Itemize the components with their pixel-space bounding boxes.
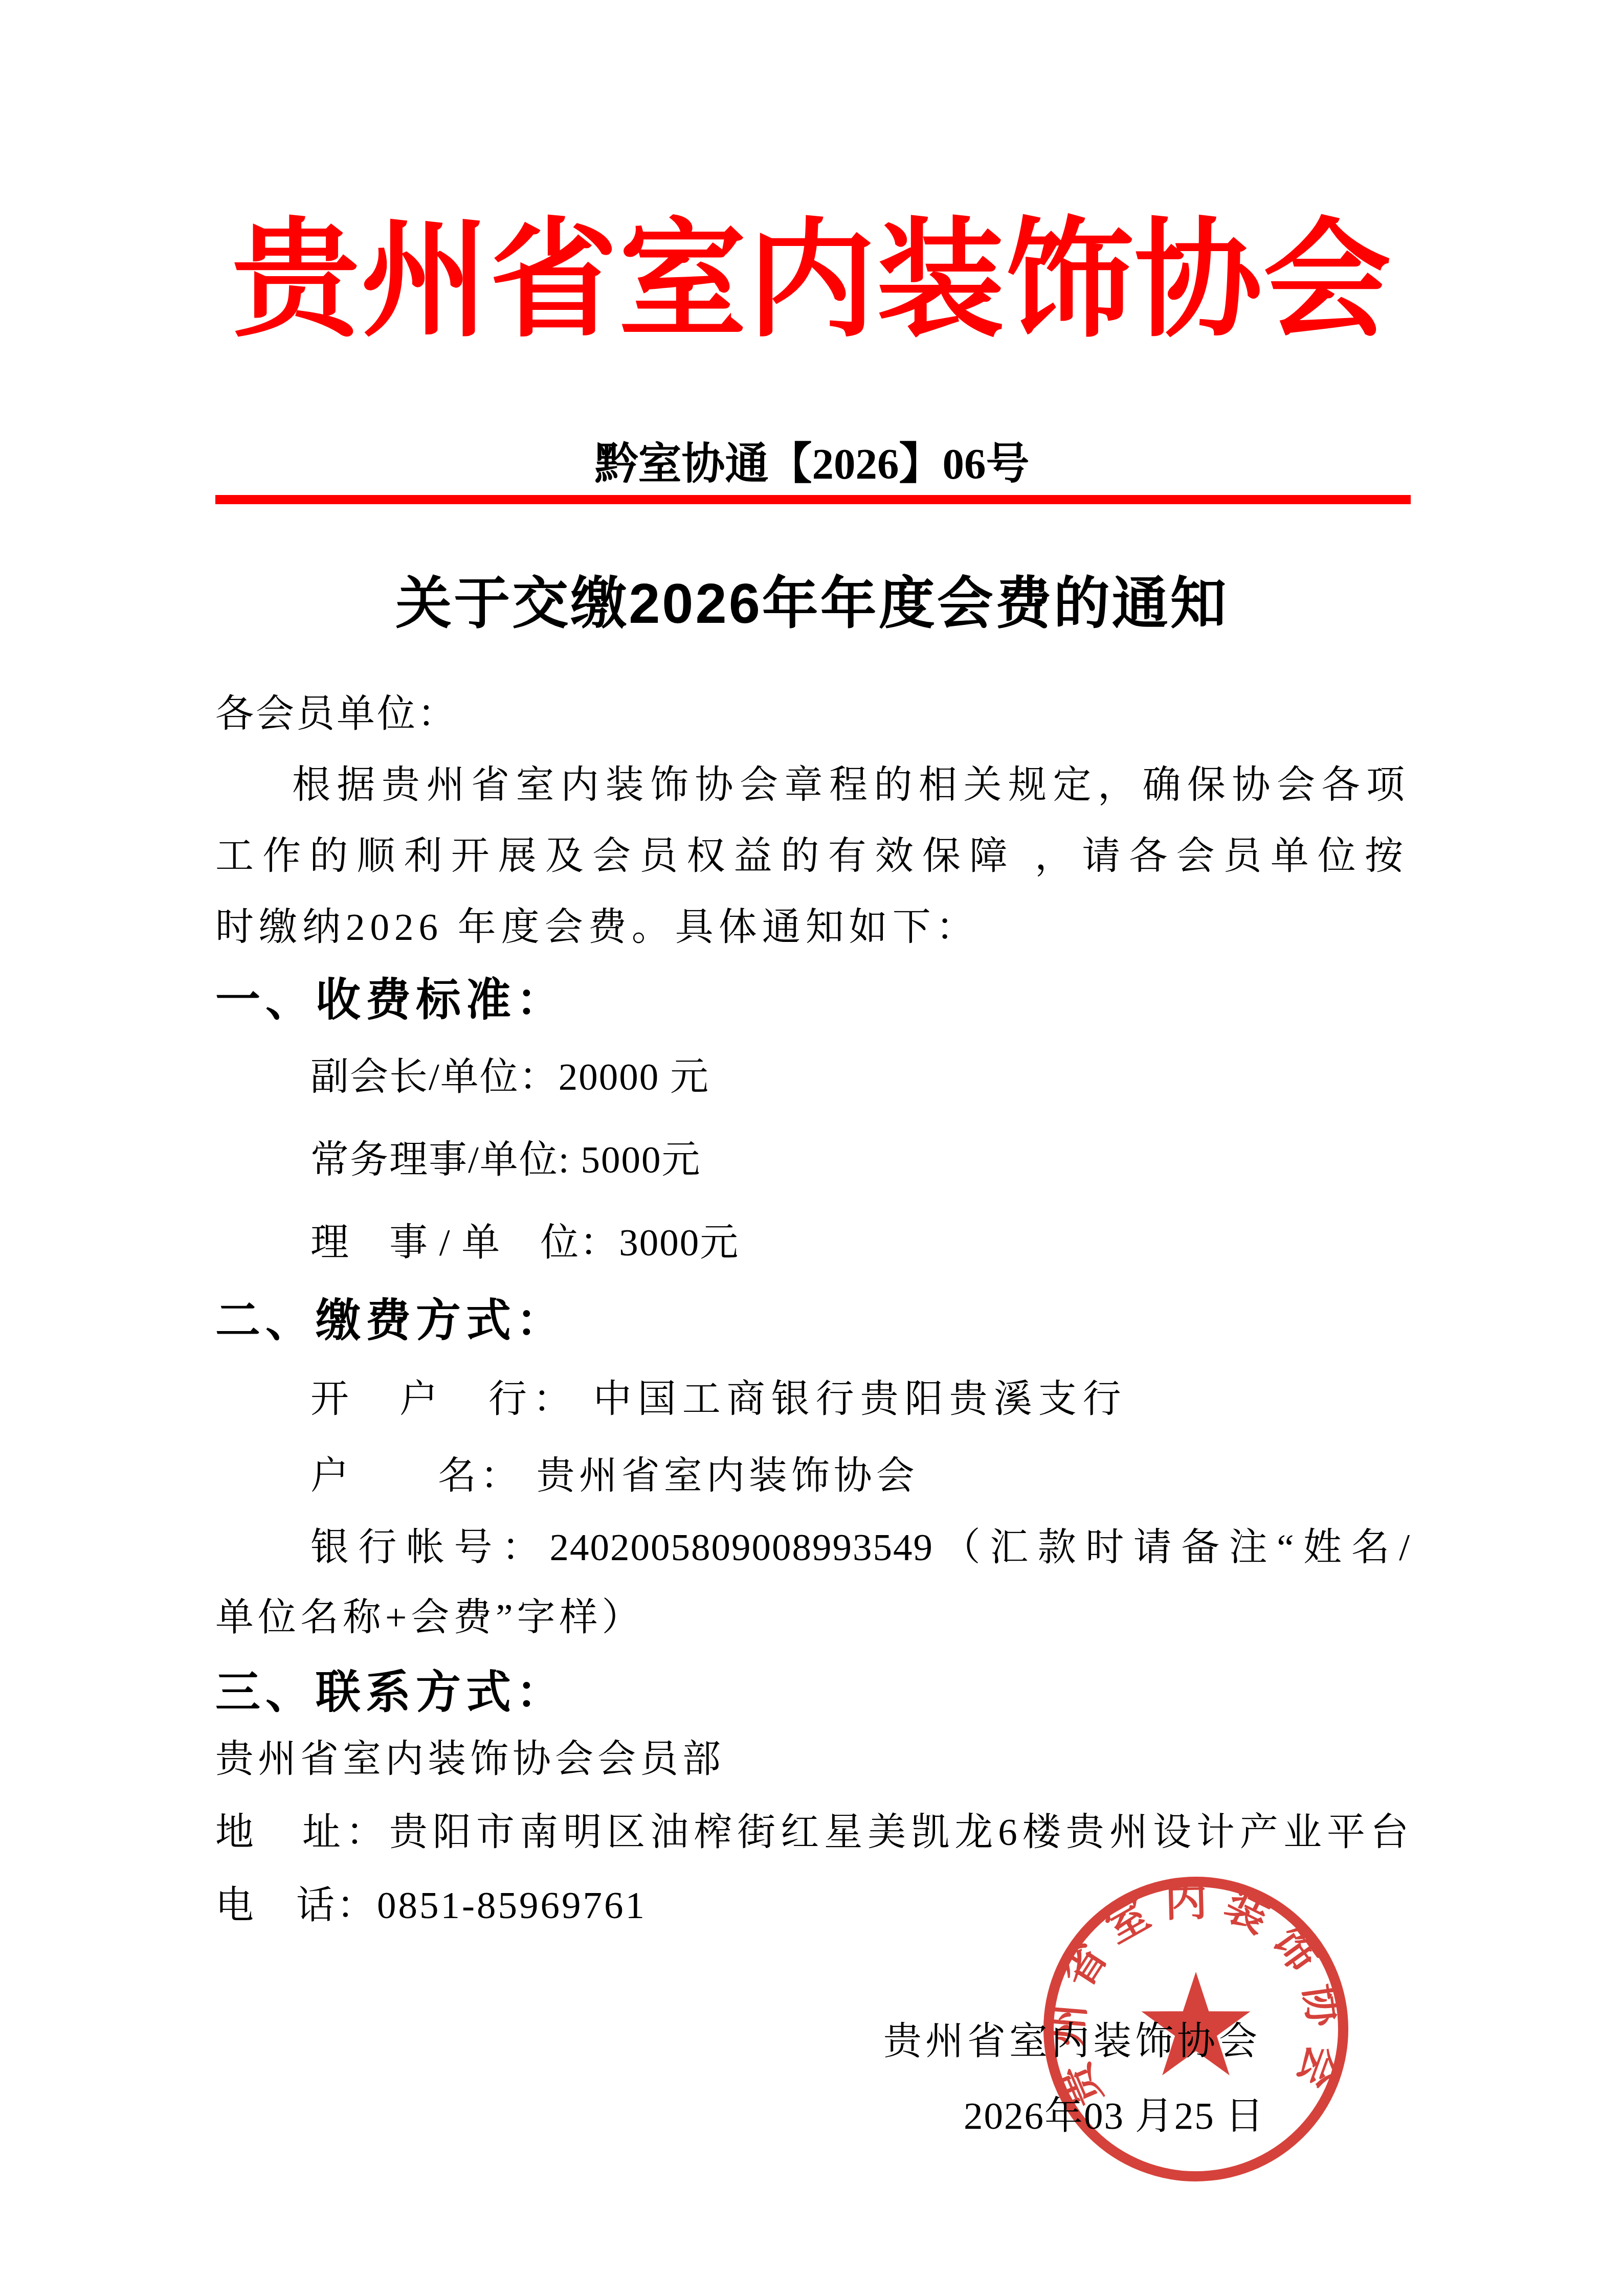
intro-line: 时缴纳2026 年度会费。具体通知如下： xyxy=(215,903,1411,953)
account-number-line: 银行帐号：2402005809008993549（汇款时请备注“姓名/ xyxy=(215,1523,1411,1573)
fee-item-executive-director: 常务理事/单位: 5000元 xyxy=(215,1135,1411,1185)
salutation: 各会员单位： xyxy=(215,689,1411,739)
contact-address: 地 址：贵阳市南明区油榨街红星美凯龙6楼贵州设计产业平台 xyxy=(215,1808,1411,1858)
document-page: 贵州省室内装饰协会 黔室协通【2026】06号 关于交缴2026年年度会费的通知… xyxy=(0,0,1624,2296)
remark-continuation-line: 单位名称+会费”字样） xyxy=(215,1593,1411,1643)
fee-item-vice-president: 副会长/单位：20000 元 xyxy=(215,1052,1411,1102)
official-seal: 贵州省室内装饰协会 xyxy=(1032,1865,1360,2193)
section-heading-fees: 一、收费标准： xyxy=(215,971,1411,1029)
account-holder-line: 户 名： 贵州省室内装饰协会 xyxy=(215,1451,1411,1501)
fee-item-director: 理 事 / 单 位：3000元 xyxy=(215,1218,1411,1268)
intro-line: 工作的顺利开展及会员权益的有效保障 ，请各会员单位按 xyxy=(215,831,1411,882)
org-title: 贵州省室内装饰协会 xyxy=(0,215,1624,349)
contact-dept: 贵州省室内装饰协会会员部 xyxy=(215,1735,1411,1785)
star-icon xyxy=(1142,1972,1251,2076)
notice-title: 关于交缴2026年年度会费的通知 xyxy=(0,572,1624,637)
section-heading-contact: 三、联系方式： xyxy=(215,1663,1411,1721)
section-heading-payment: 二、缴费方式： xyxy=(215,1291,1411,1349)
red-divider-line xyxy=(215,495,1411,504)
bank-name-line: 开 户 行： 中国工商银行贵阳贵溪支行 xyxy=(215,1375,1411,1425)
doc-number: 黔室协通【2026】06号 xyxy=(0,441,1624,489)
intro-line: 根据贵州省室内装饰协会章程的相关规定，确保协会各项 xyxy=(215,760,1411,811)
